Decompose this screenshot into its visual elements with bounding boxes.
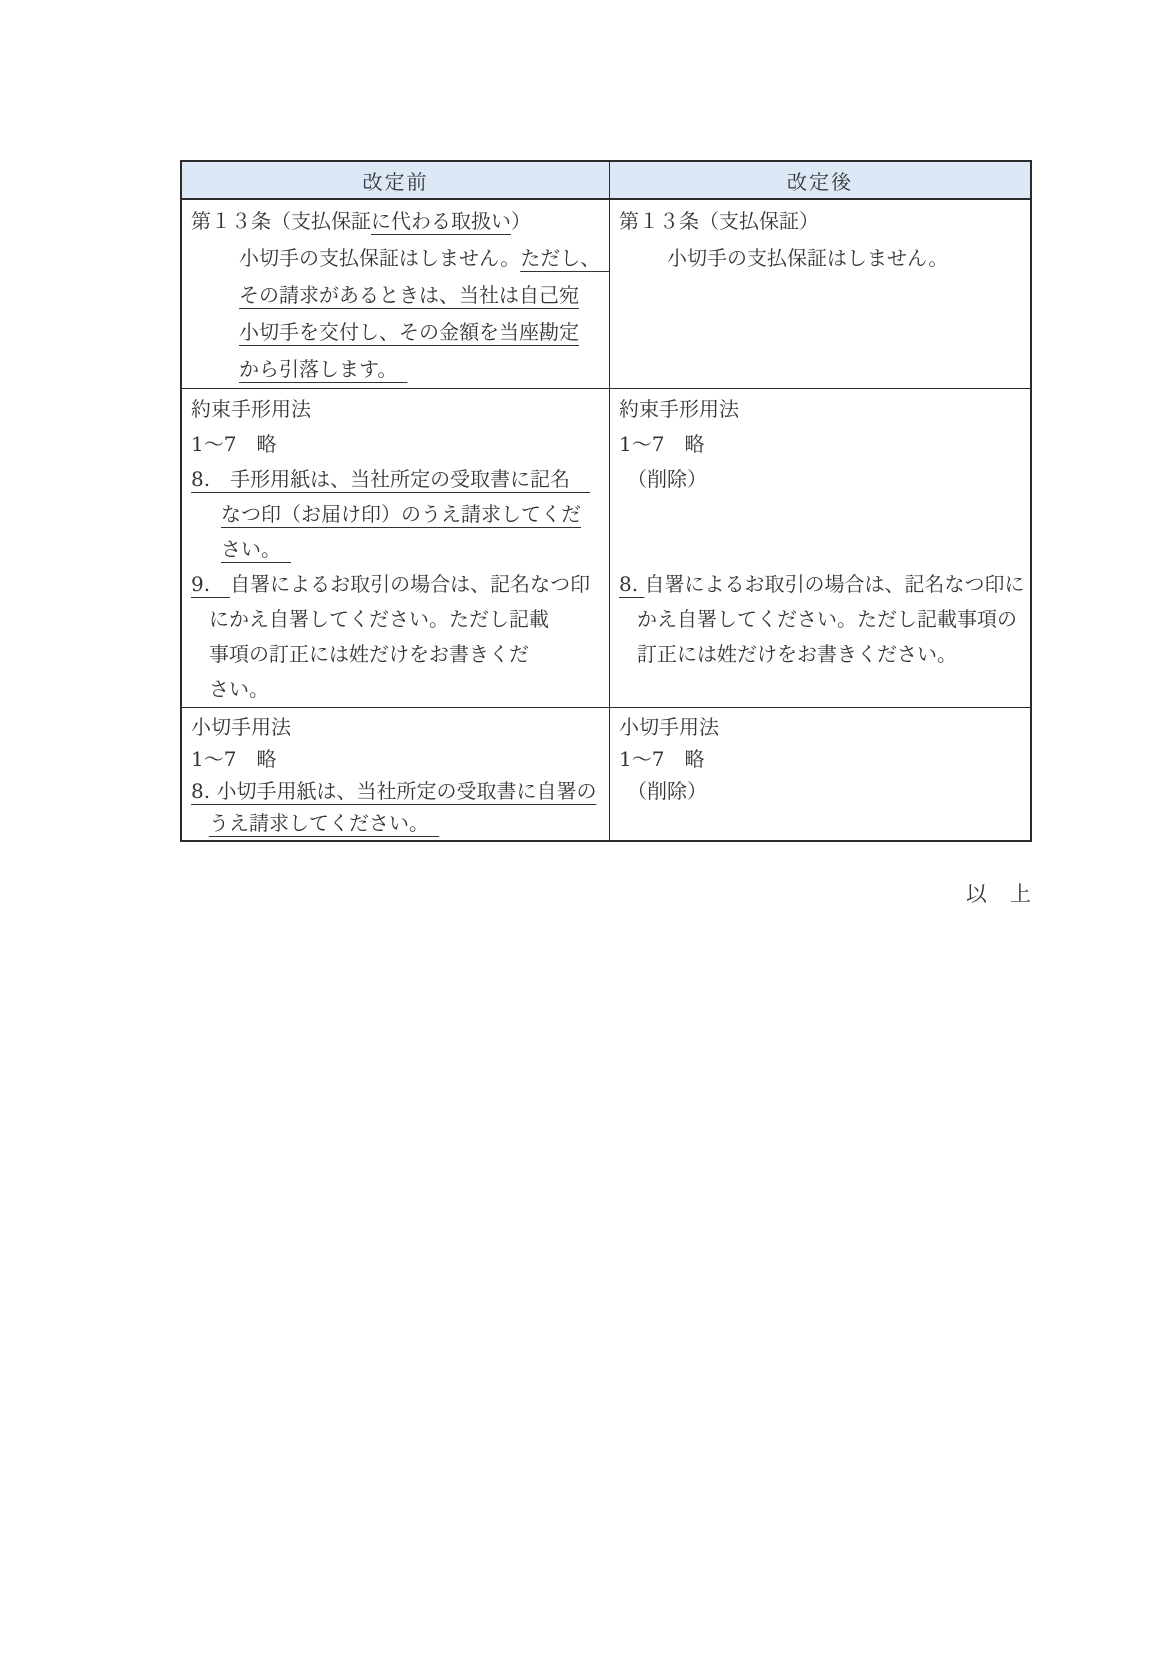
cell-article13-before: 第１３条（支払保証に代わる取扱い）小切手の支払保証はしません。ただし、 その請求… [182, 200, 610, 389]
blank-line [619, 497, 1021, 532]
text-run: 小切手の支払保証はしません。 [667, 246, 948, 270]
text-line: 小切手の支払保証はしません。ただし、 [191, 240, 600, 277]
closing-statement: 以 上 [180, 878, 1032, 908]
cell-article13-after: 第１３条（支払保証）小切手の支払保証はしません。 [610, 200, 1030, 389]
underlined-text-run: さい。 [221, 537, 291, 561]
cell-promissory-note-after: 約束手形用法1～7 略（削除） 8. 自署によるお取引の場合は、記名なつ印にかえ… [610, 389, 1030, 708]
text-run: 1～7 略 [619, 432, 704, 456]
text-line: にかえ自署してください。ただし記載 [191, 602, 600, 637]
text-line: 小切手用法 [191, 711, 600, 743]
text-run: 小切手の支払保証はしません。 [239, 246, 520, 270]
text-run: 自署によるお取引の場合は、記名なつ印に [644, 572, 1024, 596]
underlined-text-run: 8. 手形用紙は、当社所定の受取書に記名 [191, 467, 590, 491]
header-after: 改定後 [610, 162, 1030, 200]
text-run: かえ自署してください。ただし記載事項の [637, 607, 1017, 631]
text-run: 小切手用法 [619, 715, 719, 739]
text-line: 1～7 略 [619, 743, 1021, 775]
text-run: 小切手用法 [191, 715, 291, 739]
underlined-text-run: なつ印（お届け印）のうえ請求してくだ [221, 502, 581, 526]
underlined-text-run: から引落します。 [239, 357, 407, 381]
text-line: 8. 小切手用紙は、当社所定の受取書に自署の [191, 775, 600, 807]
blank-line [619, 532, 1021, 567]
text-line: 8. 手形用紙は、当社所定の受取書に記名 [191, 462, 600, 497]
text-run: 第１３条（支払保証 [191, 209, 371, 233]
cell-check-rules-after: 小切手用法1～7 略（削除） [610, 708, 1030, 840]
text-line: から引落します。 [191, 351, 600, 388]
text-run: 1～7 略 [191, 432, 276, 456]
page: 改定前 改定後 第１３条（支払保証に代わる取扱い）小切手の支払保証はしません。た… [0, 0, 1170, 1653]
text-run: 事項の訂正には姓だけをお書きくだ [209, 642, 529, 666]
text-line: 訂正には姓だけをお書きください。 [619, 637, 1021, 672]
text-line: 第１３条（支払保証に代わる取扱い） [191, 203, 600, 240]
cell-check-rules-before: 小切手用法1～7 略8. 小切手用紙は、当社所定の受取書に自署のうえ請求してくだ… [182, 708, 610, 840]
underlined-text-run: 9. [191, 572, 230, 596]
text-line: さい。 [191, 532, 600, 567]
text-run: 訂正には姓だけをお書きください。 [637, 642, 957, 666]
text-run: 自署によるお取引の場合は、記名なつ印 [230, 572, 590, 596]
text-line: 第１３条（支払保証） [619, 203, 1021, 240]
text-run: さい。 [209, 677, 269, 701]
text-line: 事項の訂正には姓だけをお書きくだ [191, 637, 600, 672]
text-run: （削除） [627, 779, 707, 803]
text-run: 約束手形用法 [619, 397, 739, 421]
underlined-text-run: その請求があるときは、当社は自己宛 [239, 283, 579, 307]
text-line: 1～7 略 [191, 743, 600, 775]
text-line: さい。 [191, 672, 600, 707]
underlined-text-run: 小切手を交付し、その金額を当座勘定 [239, 320, 579, 344]
text-line: 約束手形用法 [191, 392, 600, 427]
text-line: （削除） [619, 462, 1021, 497]
text-line: 1～7 略 [191, 427, 600, 462]
underlined-text-run: ただし、 [520, 246, 610, 270]
text-line: その請求があるときは、当社は自己宛 [191, 277, 600, 314]
text-run: ） [511, 209, 531, 233]
header-before: 改定前 [182, 162, 610, 200]
text-line: （削除） [619, 775, 1021, 807]
text-line: 小切手を交付し、その金額を当座勘定 [191, 314, 600, 351]
text-run: にかえ自署してください。ただし記載 [209, 607, 549, 631]
underlined-text-run: 8. 小切手用紙は、当社所定の受取書に自署の [191, 779, 596, 803]
text-line: 約束手形用法 [619, 392, 1021, 427]
text-line: うえ請求してください。 [191, 807, 600, 839]
text-line: 小切手の支払保証はしません。 [619, 240, 1021, 277]
text-line: 1～7 略 [619, 427, 1021, 462]
text-run: 約束手形用法 [191, 397, 311, 421]
text-line: 小切手用法 [619, 711, 1021, 743]
text-line: なつ印（お届け印）のうえ請求してくだ [191, 497, 600, 532]
text-line: 9. 自署によるお取引の場合は、記名なつ印 [191, 567, 600, 602]
text-run: 1～7 略 [619, 747, 704, 771]
text-run: 1～7 略 [191, 747, 276, 771]
text-run: 第１３条（支払保証） [619, 209, 819, 233]
text-run: （削除） [627, 467, 707, 491]
revision-table: 改定前 改定後 第１３条（支払保証に代わる取扱い）小切手の支払保証はしません。た… [180, 160, 1032, 842]
text-line: 8. 自署によるお取引の場合は、記名なつ印に [619, 567, 1021, 602]
underlined-text-run: 8. [619, 572, 644, 596]
underlined-text-run: に代わる取扱い [371, 209, 511, 233]
text-line: かえ自署してください。ただし記載事項の [619, 602, 1021, 637]
underlined-text-run: うえ請求してください。 [209, 811, 439, 835]
cell-promissory-note-before: 約束手形用法1～7 略8. 手形用紙は、当社所定の受取書に記名 なつ印（お届け印… [182, 389, 610, 708]
